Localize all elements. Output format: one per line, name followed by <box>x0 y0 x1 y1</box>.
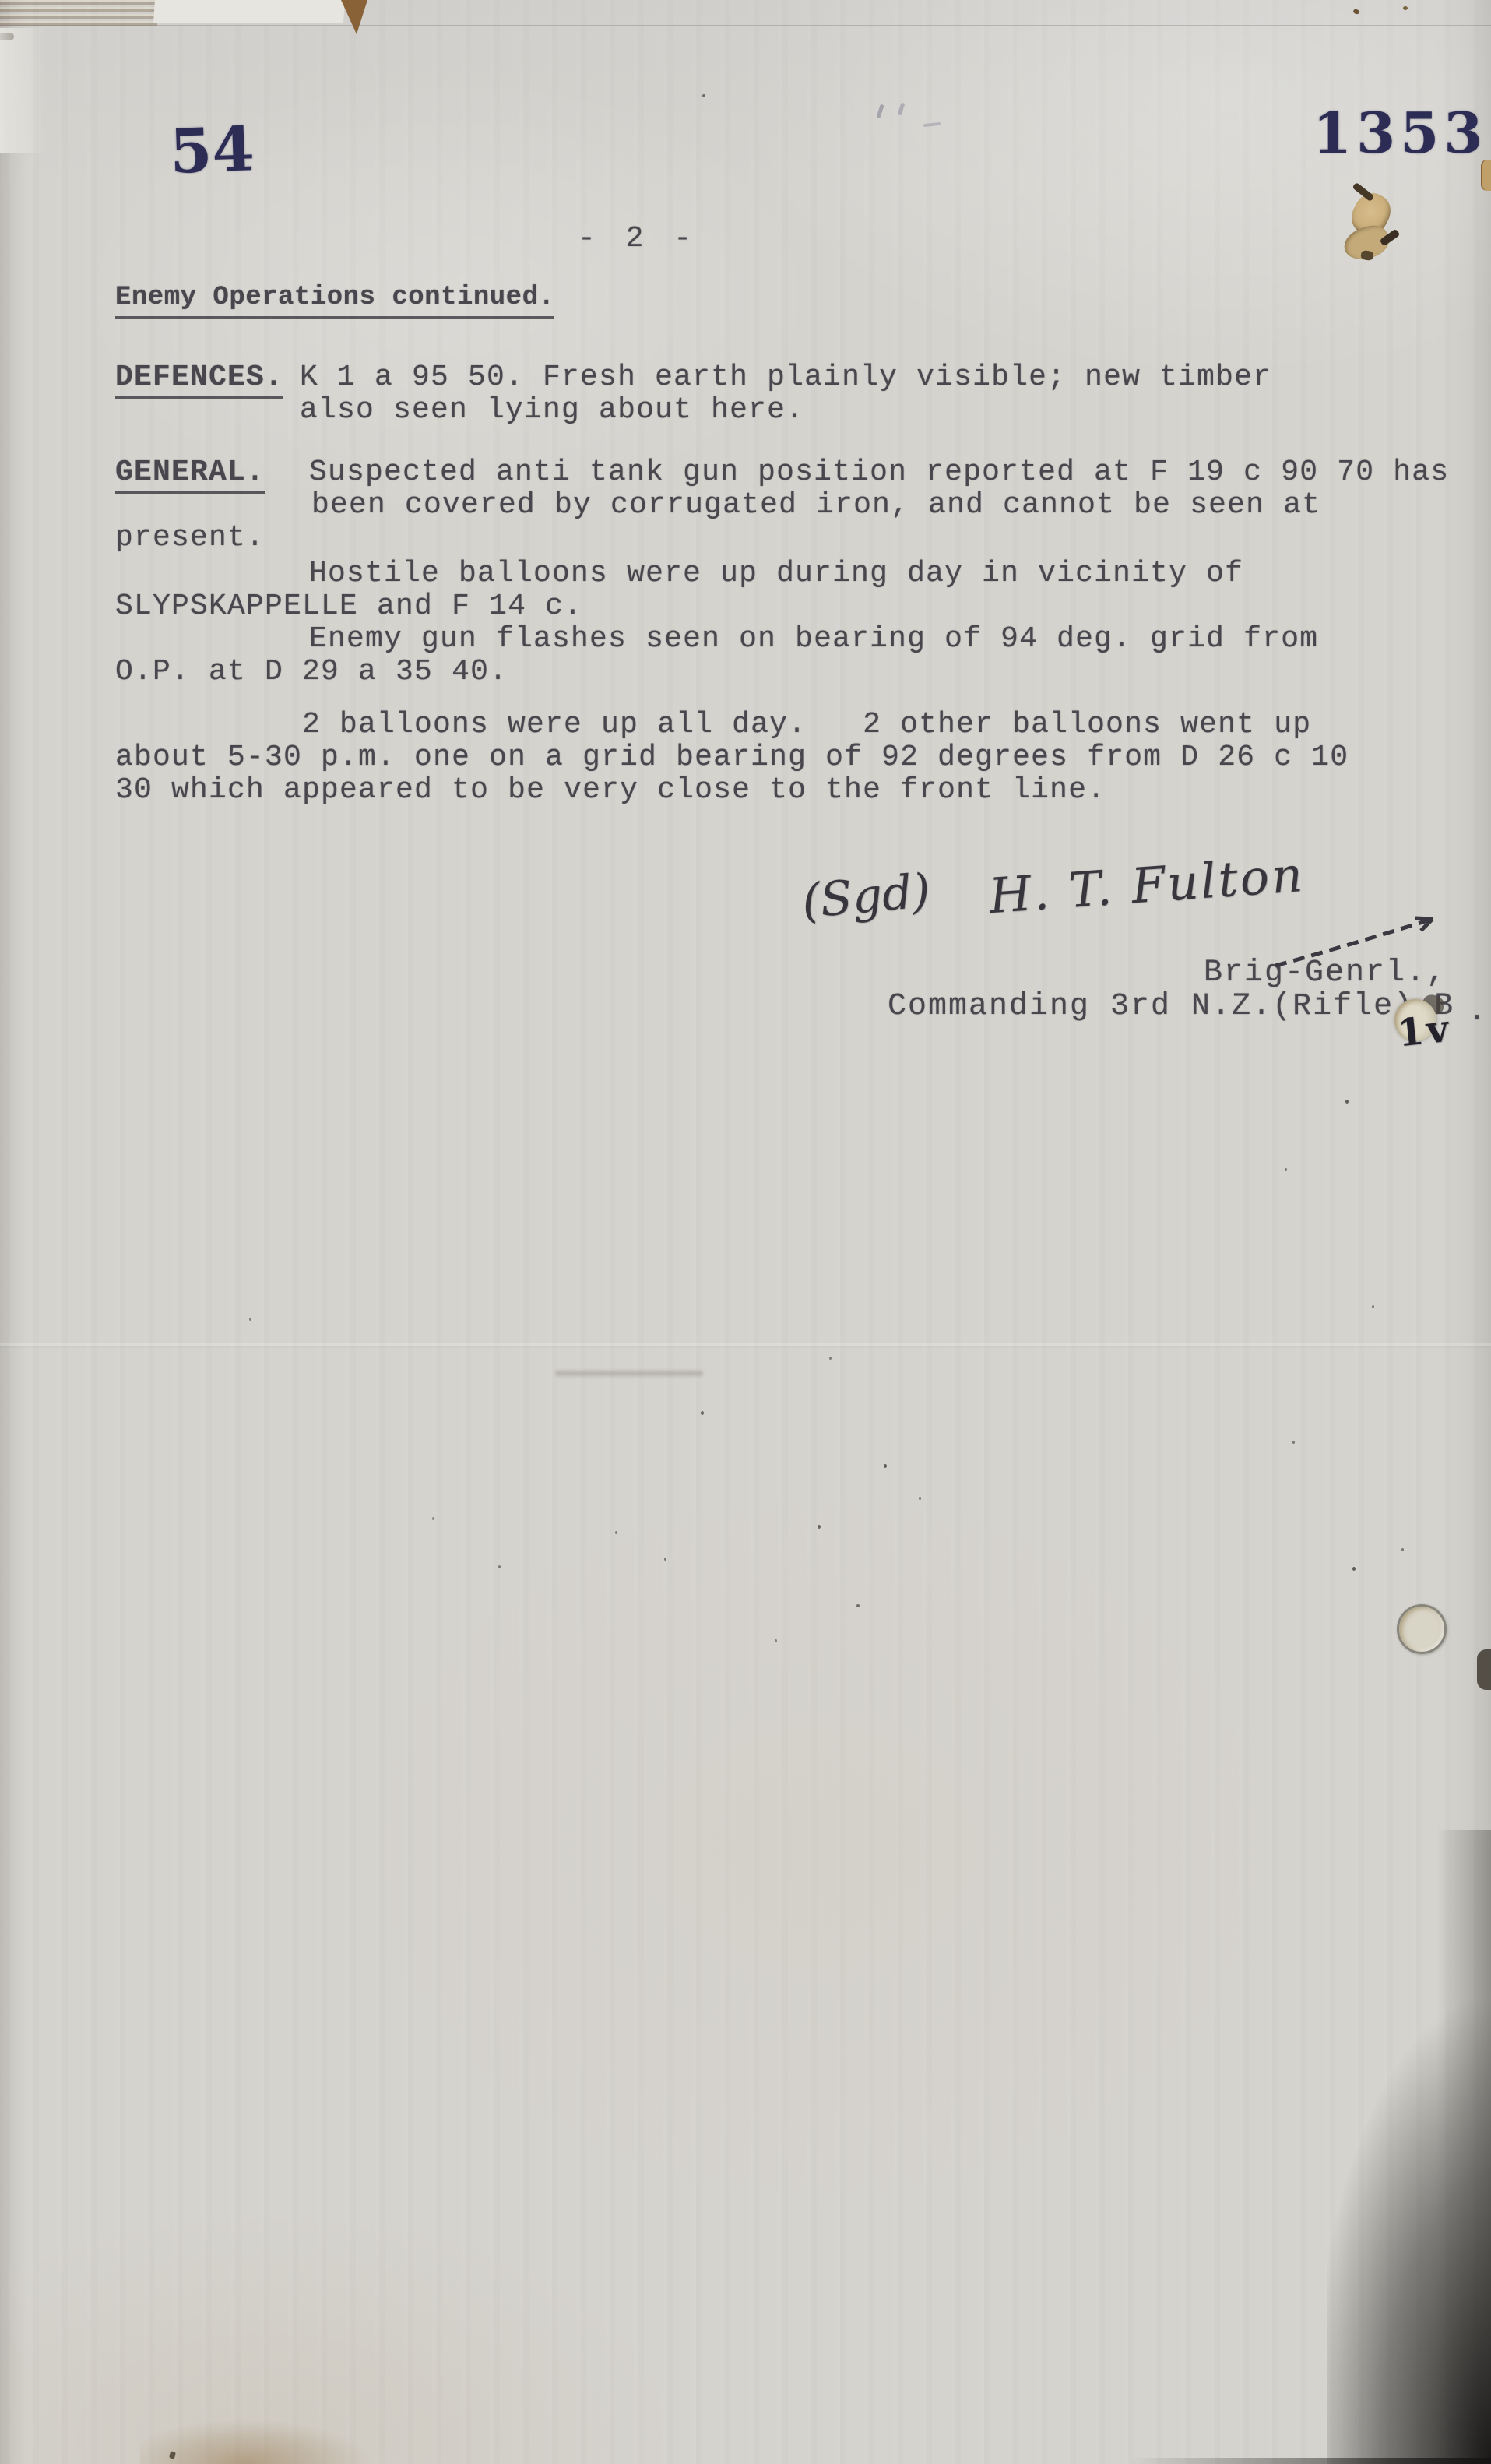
paper-speck <box>1401 1548 1404 1551</box>
paper-speck <box>856 1604 860 1607</box>
document-scan: 54 1353 - 2 - Enemy Operations continued… <box>0 0 1491 2464</box>
paper-speck <box>829 1357 832 1360</box>
body-line: about 5-30 p.m. one on a grid bearing of… <box>115 741 1349 773</box>
body-line: K 1 a 95 50. Fresh earth plainly visible… <box>300 361 1271 393</box>
bottom-edge-shadow <box>1129 2458 1491 2464</box>
paper-speck <box>615 1531 617 1534</box>
body-line: SLYPSKAPPELLE and F 14 c. <box>115 590 582 622</box>
body-line: been covered by corrugated iron, and can… <box>311 489 1320 521</box>
paper-speck <box>919 1497 921 1500</box>
paper-speck <box>432 1517 434 1520</box>
pencil-mark <box>923 122 941 127</box>
paper-speck <box>498 1565 501 1568</box>
paper-speck <box>1372 1305 1374 1308</box>
folio-number-stamp: 54 <box>168 114 255 188</box>
page-edge-sliver <box>153 0 345 23</box>
section-heading: Enemy Operations continued. <box>115 283 554 319</box>
general-label: GENERAL. <box>115 456 265 494</box>
signature-unit-period: . <box>1468 995 1488 1029</box>
right-edge-blob <box>1477 1649 1491 1690</box>
top-edge-speck <box>1403 6 1408 10</box>
corner-shadow <box>1327 1841 1491 2464</box>
body-line: present. <box>115 522 265 554</box>
body-line: also seen lying about here. <box>300 394 804 426</box>
hole-punch-ring <box>1397 1604 1447 1654</box>
archive-number-stamp: 1353 <box>1313 100 1487 166</box>
handwritten-annotation: 1v <box>1395 1007 1454 1056</box>
paper-speck <box>701 1411 704 1415</box>
paper-speck <box>664 1558 666 1561</box>
wood-notch-wedge <box>341 0 367 34</box>
bottom-stain <box>140 2419 374 2464</box>
wood-backing-strip <box>0 0 157 26</box>
body-line: O.P. at D 29 a 35 40. <box>115 656 508 688</box>
signature-name: H. T. Fulton <box>987 846 1306 924</box>
defences-label: DEFENCES. <box>115 361 283 399</box>
body-line: Hostile balloons were up during day in v… <box>309 558 1243 590</box>
body-line: 30 which appeared to be very close to th… <box>115 774 1106 806</box>
body-line: Enemy gun flashes seen on bearing of 94 … <box>309 623 1318 655</box>
paper-speck <box>1352 1567 1356 1571</box>
paper-speck <box>702 94 705 97</box>
paper-speck <box>1285 1168 1287 1171</box>
pencil-mark <box>876 104 884 119</box>
signature-unit: Commanding 3rd N.Z.(Rifle) B <box>888 990 1454 1023</box>
body-line: 2 balloons were up all day. 2 other ball… <box>302 709 1311 741</box>
signature-signed-prefix: (Sgd) <box>800 864 932 929</box>
paper-speck <box>1292 1441 1295 1444</box>
body-line: Suspected anti tank gun position reporte… <box>309 456 1449 488</box>
paper-speck <box>818 1525 821 1529</box>
page-number: - 2 - <box>578 223 698 255</box>
paper-speck <box>775 1639 777 1642</box>
left-corner-highlight <box>0 28 45 153</box>
page-top-edge-line <box>0 25 1491 26</box>
paper-speck <box>884 1464 887 1468</box>
smudge-mark <box>555 1371 703 1376</box>
paper-speck <box>1345 1100 1349 1104</box>
crease-line <box>0 1343 1491 1346</box>
top-edge-speck <box>1352 9 1360 15</box>
paper-speck <box>249 1318 251 1321</box>
signature-rank: Brig-Genrl., <box>1204 956 1447 990</box>
pencil-mark <box>898 103 906 116</box>
